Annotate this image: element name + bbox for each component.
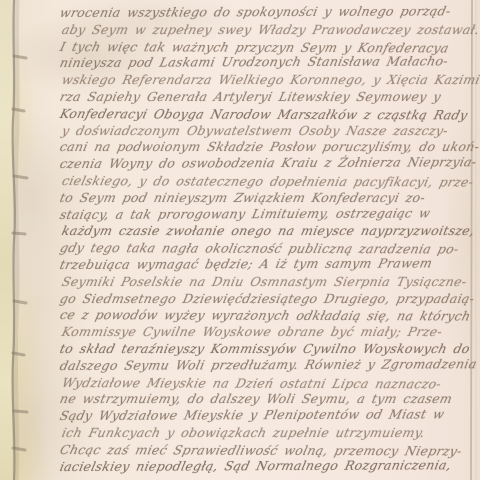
manuscript-line: Konfederacyi Oboyga Narodow Marszałków z… <box>58 106 474 124</box>
manuscript-line: cielskiego, y do ostatecznego dopełnieni… <box>60 173 474 191</box>
manuscript-line: Seymiki Poselskie na Dniu Osmnastym Sier… <box>60 274 474 291</box>
manuscript-line: aby Seym w zupełney swey Władzy Prawodaw… <box>60 22 474 39</box>
manuscript-line: rza Sapiehy Generała Artyleryi Litewskie… <box>58 89 474 106</box>
manuscript-line: iacielskiey niepodległą, Sąd Normalnego … <box>58 457 474 476</box>
manuscript-line: wskiego Referendarza Wielkiego Koronnego… <box>60 72 474 89</box>
manuscript-line: Sądy Wydziałowe Mieyskie y Plenipotentów… <box>58 406 474 425</box>
manuscript-line: trzebuiąca wymagać będzie; A iż tym samy… <box>58 255 474 274</box>
handwritten-text-block: wrocenia wszystkiego do spokoyności y wo… <box>58 5 470 475</box>
manuscript-line: staiący, a tak prorogowany Limituiemy, o… <box>58 205 474 224</box>
manuscript-line: ich Funkcyach y obowiązkach zupełnie utr… <box>60 425 474 442</box>
manuscript-line: go Siedmsetnego Dziewięćdziesiątego Drug… <box>58 291 474 308</box>
manuscript-line: to skład teraźnieyszy Kommissyów Cywilno… <box>58 341 474 358</box>
manuscript-line: czenia Woyny do oswobodzenia Kraiu z Żoł… <box>58 154 474 173</box>
manuscript-line: Kommissye Cywilne Woyskowe obrane być mi… <box>60 324 474 341</box>
manuscript-line: ninieysza pod Laskami Urodzonych Stanisł… <box>58 54 474 73</box>
manuscript-line: y doświadczonym Obywatelstwem Osoby Nasz… <box>60 123 474 140</box>
manuscript-line: dalszego Seymu Woli przedłużamy. Również… <box>58 356 474 375</box>
manuscript-line: wrocenia wszystkiego do spokoyności y wo… <box>58 3 474 22</box>
manuscript-page: wrocenia wszystkiego do spokoyności y wo… <box>0 0 480 480</box>
manuscript-line: każdym czasie zwołanie onego na mieysce … <box>60 223 474 240</box>
manuscript-line: to Seym pod ninieyszym Związkiem Konfede… <box>58 190 474 207</box>
manuscript-line: ce z powodów wyżey wyrażonych odkładaią … <box>58 307 474 325</box>
